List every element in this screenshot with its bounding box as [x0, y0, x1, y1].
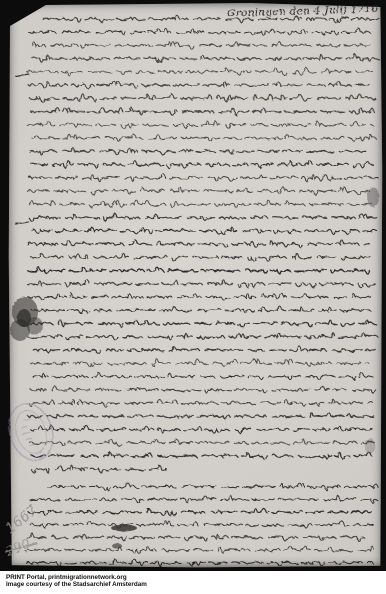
scanned-manuscript-view: Groningen den 4 Julij 1710 1667 290 PRIN…: [0, 0, 386, 594]
credit-line-source: PRINT Portal, printmigrationnetwork.org: [6, 574, 386, 581]
credit-line-courtesy: Image courtesy of the Stadsarchief Amste…: [6, 581, 386, 588]
image-credit-footer: PRINT Portal, printmigrationnetwork.org …: [0, 571, 386, 594]
manuscript-paper: [8, 2, 383, 568]
